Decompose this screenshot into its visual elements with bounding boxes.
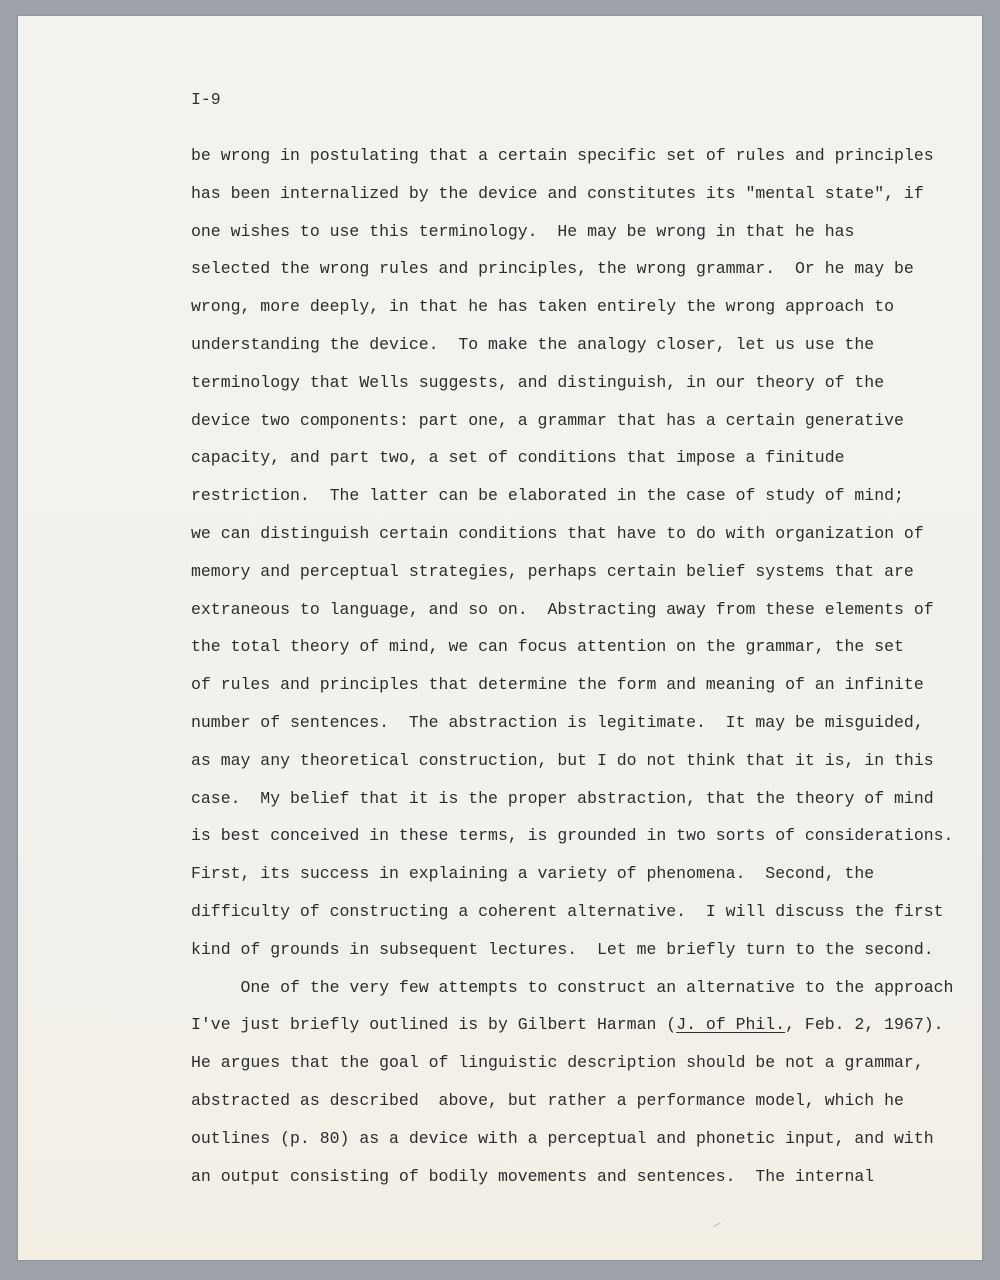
text-line: capacity, and part two, a set of conditi… — [191, 439, 951, 477]
text-line: is best conceived in these terms, is gro… — [191, 817, 951, 855]
text-line: kind of grounds in subsequent lectures. … — [191, 931, 951, 969]
pencil-mark — [713, 1223, 723, 1233]
citation-after: , Feb. 2, 1967). — [785, 1015, 943, 1034]
text-line: memory and perceptual strategies, perhap… — [191, 553, 951, 591]
text-line: an output consisting of bodily movements… — [191, 1158, 951, 1196]
text-line: He argues that the goal of linguistic de… — [191, 1044, 951, 1082]
page-number: I-9 — [191, 90, 221, 109]
text-line: of rules and principles that determine t… — [191, 666, 951, 704]
text-line: terminology that Wells suggests, and dis… — [191, 364, 951, 402]
text-line: extraneous to language, and so on. Abstr… — [191, 591, 951, 629]
text-line: the total theory of mind, we can focus a… — [191, 628, 951, 666]
text-line: understanding the device. To make the an… — [191, 326, 951, 364]
text-line: difficulty of constructing a coherent al… — [191, 893, 951, 931]
text-line: First, its success in explaining a varie… — [191, 855, 951, 893]
text-line: selected the wrong rules and principles,… — [191, 250, 951, 288]
text-line: be wrong in postulating that a certain s… — [191, 137, 951, 175]
text-line: outlines (p. 80) as a device with a perc… — [191, 1120, 951, 1158]
text-line: as may any theoretical construction, but… — [191, 742, 951, 780]
text-line: case. My belief that it is the proper ab… — [191, 780, 951, 818]
text-line: restriction. The latter can be elaborate… — [191, 477, 951, 515]
text-line: wrong, more deeply, in that he has taken… — [191, 288, 951, 326]
paragraph-start-line: One of the very few attempts to construc… — [191, 969, 951, 1007]
citation-line: I've just briefly outlined is by Gilbert… — [191, 1006, 951, 1044]
text-line: device two components: part one, a gramm… — [191, 402, 951, 440]
text-line: we can distinguish certain conditions th… — [191, 515, 951, 553]
citation-before: I've just briefly outlined is by Gilbert… — [191, 1015, 676, 1034]
text-line: abstracted as described above, but rathe… — [191, 1082, 951, 1120]
text-line: has been internalized by the device and … — [191, 175, 951, 213]
text-line: number of sentences. The abstraction is … — [191, 704, 951, 742]
typed-page: I-9 be wrong in postulating that a certa… — [18, 16, 982, 1260]
body-text: be wrong in postulating that a certain s… — [191, 137, 951, 1195]
text-line: one wishes to use this terminology. He m… — [191, 213, 951, 251]
journal-title-underlined: J. of Phil. — [676, 1015, 785, 1034]
